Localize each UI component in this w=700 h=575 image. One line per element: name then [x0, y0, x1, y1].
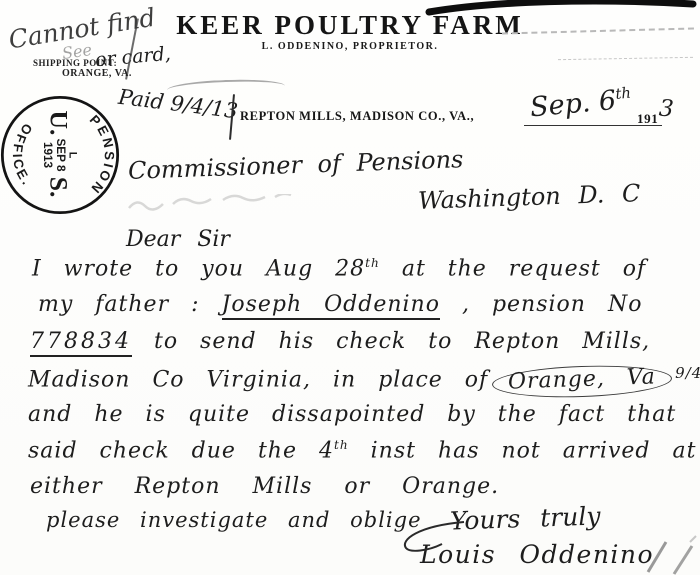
body-line-8: please investigate and oblige — [46, 508, 422, 532]
date-handwritten: Sep. 6th — [529, 84, 633, 124]
underlined-pension-number: 778834 — [30, 329, 132, 357]
circled-orange-va: Orange, Va — [492, 363, 673, 400]
place-line: Washington D. C — [418, 179, 641, 215]
signature-flourish — [398, 518, 468, 558]
scanned-letter-page: KEER POULTRY FARM L. ODDENINO, PROPRIETO… — [0, 0, 700, 575]
svg-text:OFFICE.: OFFICE. — [10, 121, 36, 190]
erased-pencil-marks — [127, 194, 327, 218]
body-line-3: 778834 to send his check to Repton Mills… — [30, 329, 650, 354]
letterhead-title: KEER POULTRY FARM — [160, 10, 540, 41]
scan-marks-artifact — [640, 532, 700, 575]
stamp-arc-pension: PENSION — [87, 112, 117, 198]
body-line-5: and he is quite dissapointed by the fact… — [28, 402, 676, 427]
body-line-2-text: , pension No — [440, 292, 642, 317]
year-printed: 191 — [637, 111, 658, 127]
ordinal-suffix: th — [334, 438, 349, 452]
body-line-2-text: my father : — [38, 292, 222, 317]
letterhead-proprietor: L. ODDENINO, PROPRIETOR. — [160, 41, 540, 52]
svg-text:PENSION: PENSION — [87, 112, 117, 198]
stamp-arc-office: OFFICE. — [10, 121, 36, 190]
stamp-date-day: SEP 8 — [54, 138, 67, 172]
body-line-6-text: inst has not arrived at — [349, 438, 697, 463]
stamp-letter-s: S. — [44, 177, 73, 198]
margin-note-9-4: 9/4 — [675, 364, 700, 382]
stamp-code-letter: L — [67, 152, 79, 159]
date-suffix: th — [615, 84, 632, 103]
body-line-4-text: Madison Co Virginia, in place of — [28, 367, 488, 392]
dateline-printed: REPTON MILLS, MADISON CO., VA., — [240, 109, 474, 124]
shipping-point-label: SHIPPING POINT: — [33, 58, 117, 68]
stamp-date-year: 1913 — [41, 142, 54, 169]
ordinal-suffix: th — [365, 256, 380, 270]
body-line-6-text: said check due the 4 — [28, 438, 334, 463]
shipping-point-value: ORANGE, VA. — [62, 68, 132, 79]
body-line-2: my father : Joseph Oddenino , pension No — [38, 292, 642, 317]
date-text: Sep. 6 — [529, 85, 617, 123]
body-line-3-text: to send his check to Repton Mills, — [132, 329, 650, 354]
underlined-name: Joseph Oddenino — [222, 292, 440, 320]
year-handwritten: 3 — [658, 96, 674, 123]
salutation: Dear Sir — [126, 227, 230, 252]
scan-dash-artifact — [558, 57, 693, 60]
body-line-1: I wrote to you Aug 28th at the request o… — [32, 256, 646, 281]
pension-office-stamp: PENSION OFFICE. U. S. L SEP 8 1913 — [0, 92, 123, 218]
closing: Yours truly — [450, 501, 601, 535]
body-line-1-text: at the request of — [380, 256, 646, 281]
recipient-line: Commissioner of Pensions — [128, 145, 464, 185]
stamp-letter-u: U. — [44, 111, 73, 136]
body-line-1-text: I wrote to you Aug 28 — [32, 256, 365, 281]
body-line-6: said check due the 4th inst has not arri… — [28, 438, 696, 463]
body-line-7: either Repton Mills or Orange. — [30, 474, 499, 499]
body-line-4: Madison Co Virginia, in place ofOrange, … — [28, 364, 700, 397]
